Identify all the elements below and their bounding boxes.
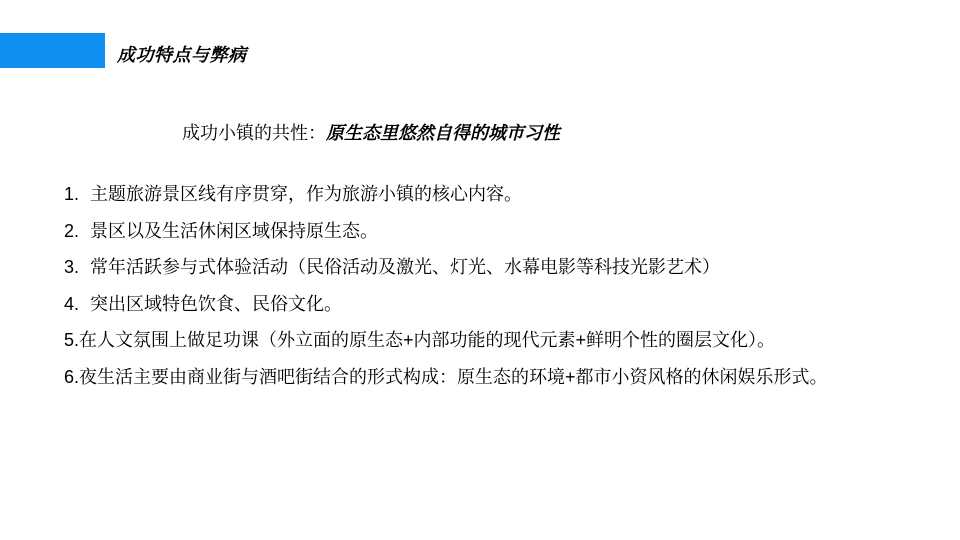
list-item-text: 景区以及生活休闲区域保持原生态。 (90, 213, 378, 250)
list-item-text: 常年活跃参与式体验活动（民俗活动及激光、灯光、水幕电影等科技光影艺术） (90, 249, 720, 286)
slide-title: 成功特点与弊病 (117, 41, 247, 67)
list-item: 4. 突出区域特色饮食、民俗文化。 (64, 286, 944, 323)
list-item-number: 2. (64, 213, 90, 250)
subtitle-prefix: 成功小镇的共性： (182, 123, 326, 143)
list-item-number: 1. (64, 176, 90, 213)
list-item-number: 5. (64, 322, 79, 359)
slide: 成功特点与弊病 成功小镇的共性：原生态里悠然自得的城市习性 1. 主题旅游景区线… (0, 0, 960, 540)
list-item-text: 突出区域特色饮食、民俗文化。 (90, 286, 342, 323)
subtitle: 成功小镇的共性：原生态里悠然自得的城市习性 (182, 119, 560, 145)
list-item-number: 6. (64, 359, 79, 396)
list-item: 5. 在人文氛围上做足功课（外立面的原生态+内部功能的现代元素+鲜明个性的圈层文… (64, 322, 944, 359)
list-item-number: 4. (64, 286, 90, 323)
title-accent-bar (0, 33, 105, 68)
list-item-text: 在人文氛围上做足功课（外立面的原生态+内部功能的现代元素+鲜明个性的圈层文化）。 (79, 322, 775, 359)
list-item: 2. 景区以及生活休闲区域保持原生态。 (64, 213, 944, 250)
list-item-text: 夜生活主要由商业街与酒吧街结合的形式构成：原生态的环境+都市小资风格的休闲娱乐形… (79, 359, 828, 396)
list-item-text: 主题旅游景区线有序贯穿，作为旅游小镇的核心内容。 (90, 176, 522, 213)
list-item: 3. 常年活跃参与式体验活动（民俗活动及激光、灯光、水幕电影等科技光影艺术） (64, 249, 944, 286)
feature-list: 1. 主题旅游景区线有序贯穿，作为旅游小镇的核心内容。 2. 景区以及生活休闲区… (64, 176, 944, 395)
list-item: 1. 主题旅游景区线有序贯穿，作为旅游小镇的核心内容。 (64, 176, 944, 213)
list-item: 6. 夜生活主要由商业街与酒吧街结合的形式构成：原生态的环境+都市小资风格的休闲… (64, 359, 944, 396)
list-item-number: 3. (64, 249, 90, 286)
subtitle-emphasis: 原生态里悠然自得的城市习性 (326, 123, 560, 143)
